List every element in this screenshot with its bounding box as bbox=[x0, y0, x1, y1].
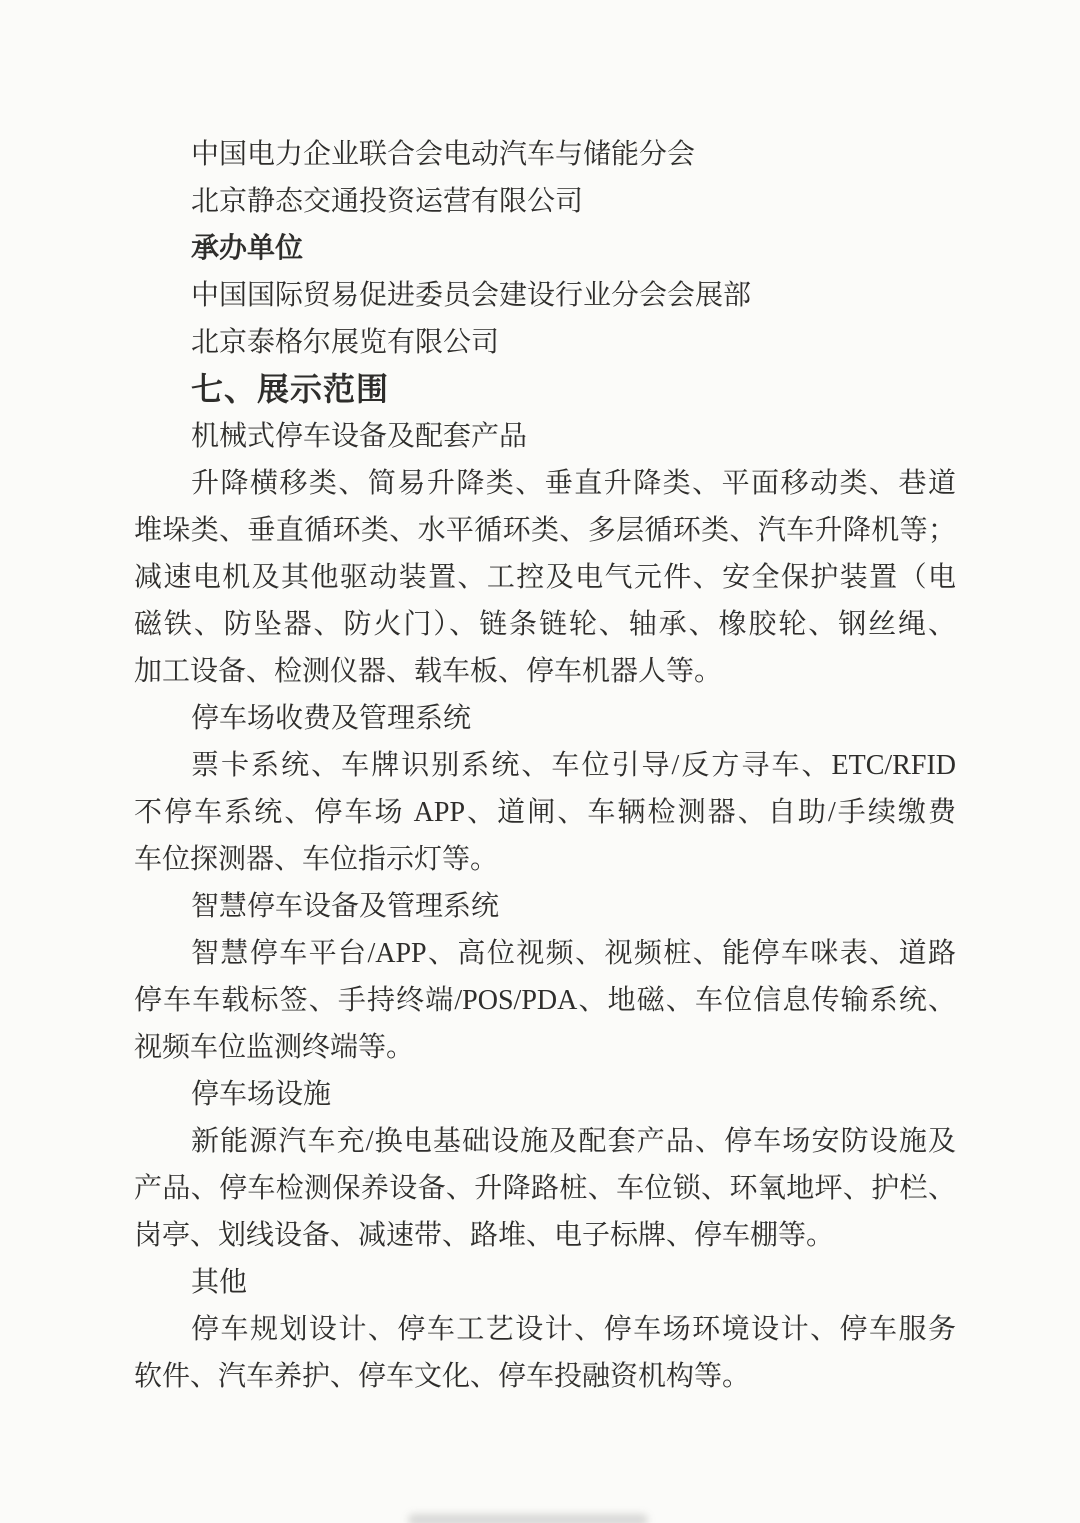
category-title-mechanical-parking: 机械式停车设备及配套产品 bbox=[134, 413, 956, 460]
category-title-other: 其他 bbox=[134, 1259, 956, 1306]
document-page: 中国电力企业联合会电动汽车与储能分会 北京静态交通投资运营有限公司 承办单位 中… bbox=[0, 0, 1080, 1523]
category-title-parking-fee-management: 停车场收费及管理系统 bbox=[134, 695, 956, 742]
organizer-heading: 承办单位 bbox=[134, 225, 956, 272]
category3-text-line: 智慧停车平台/APP、高位视频、视频桩、能停车咪表、道路 bbox=[134, 930, 956, 977]
category3-text-line: 停车车载标签、手持终端/POS/PDA、地磁、车位信息传输系统、 bbox=[134, 977, 956, 1024]
category1-text-line: 升降横移类、简易升降类、垂直升降类、平面移动类、巷道 bbox=[134, 460, 956, 507]
document-text-block: 中国电力企业联合会电动汽车与储能分会 北京静态交通投资运营有限公司 承办单位 中… bbox=[134, 131, 956, 1400]
section-title: 七、展示范围 bbox=[134, 366, 956, 413]
category1-text-line: 堆垛类、垂直循环类、水平循环类、多层循环类、汽车升降机等； bbox=[134, 507, 956, 554]
category2-text-line: 不停车系统、停车场 APP、道闸、车辆检测器、自助/手续缴费机、 bbox=[134, 789, 956, 836]
category4-text-line: 新能源汽车充/换电基础设施及配套产品、停车场安防设施及 bbox=[134, 1118, 956, 1165]
category5-text-line: 停车规划设计、停车工艺设计、停车场环境设计、停车服务 bbox=[134, 1306, 956, 1353]
category-title-smart-parking: 智慧停车设备及管理系统 bbox=[134, 883, 956, 930]
category1-text-line: 磁铁、防坠器、防火门）、链条链轮、轴承、橡胶轮、钢丝绳、 bbox=[134, 601, 956, 648]
category2-text-line: 车位探测器、车位指示灯等。 bbox=[134, 836, 956, 883]
category1-text-line: 减速电机及其他驱动装置、工控及电气元件、安全保护装置（电 bbox=[134, 554, 956, 601]
co-organizer-line: 北京静态交通投资运营有限公司 bbox=[134, 178, 956, 225]
co-organizer-line: 中国电力企业联合会电动汽车与储能分会 bbox=[134, 131, 956, 178]
category3-text-line: 视频车位监测终端等。 bbox=[134, 1024, 956, 1071]
scan-edge-artifact bbox=[408, 1514, 648, 1523]
category2-text-line: 票卡系统、车牌识别系统、车位引导/反方寻车、ETC/RFID bbox=[134, 742, 956, 789]
category5-text-line: 软件、汽车养护、停车文化、停车投融资机构等。 bbox=[134, 1353, 956, 1400]
organizer-line: 中国国际贸易促进委员会建设行业分会会展部 bbox=[134, 272, 956, 319]
category-title-parking-facilities: 停车场设施 bbox=[134, 1071, 956, 1118]
organizer-line: 北京泰格尔展览有限公司 bbox=[134, 319, 956, 366]
category4-text-line: 岗亭、划线设备、减速带、路堆、电子标牌、停车棚等。 bbox=[134, 1212, 956, 1259]
category1-text-line: 加工设备、检测仪器、载车板、停车机器人等。 bbox=[134, 648, 956, 695]
category4-text-line: 产品、停车检测保养设备、升降路桩、车位锁、环氧地坪、护栏、 bbox=[134, 1165, 956, 1212]
